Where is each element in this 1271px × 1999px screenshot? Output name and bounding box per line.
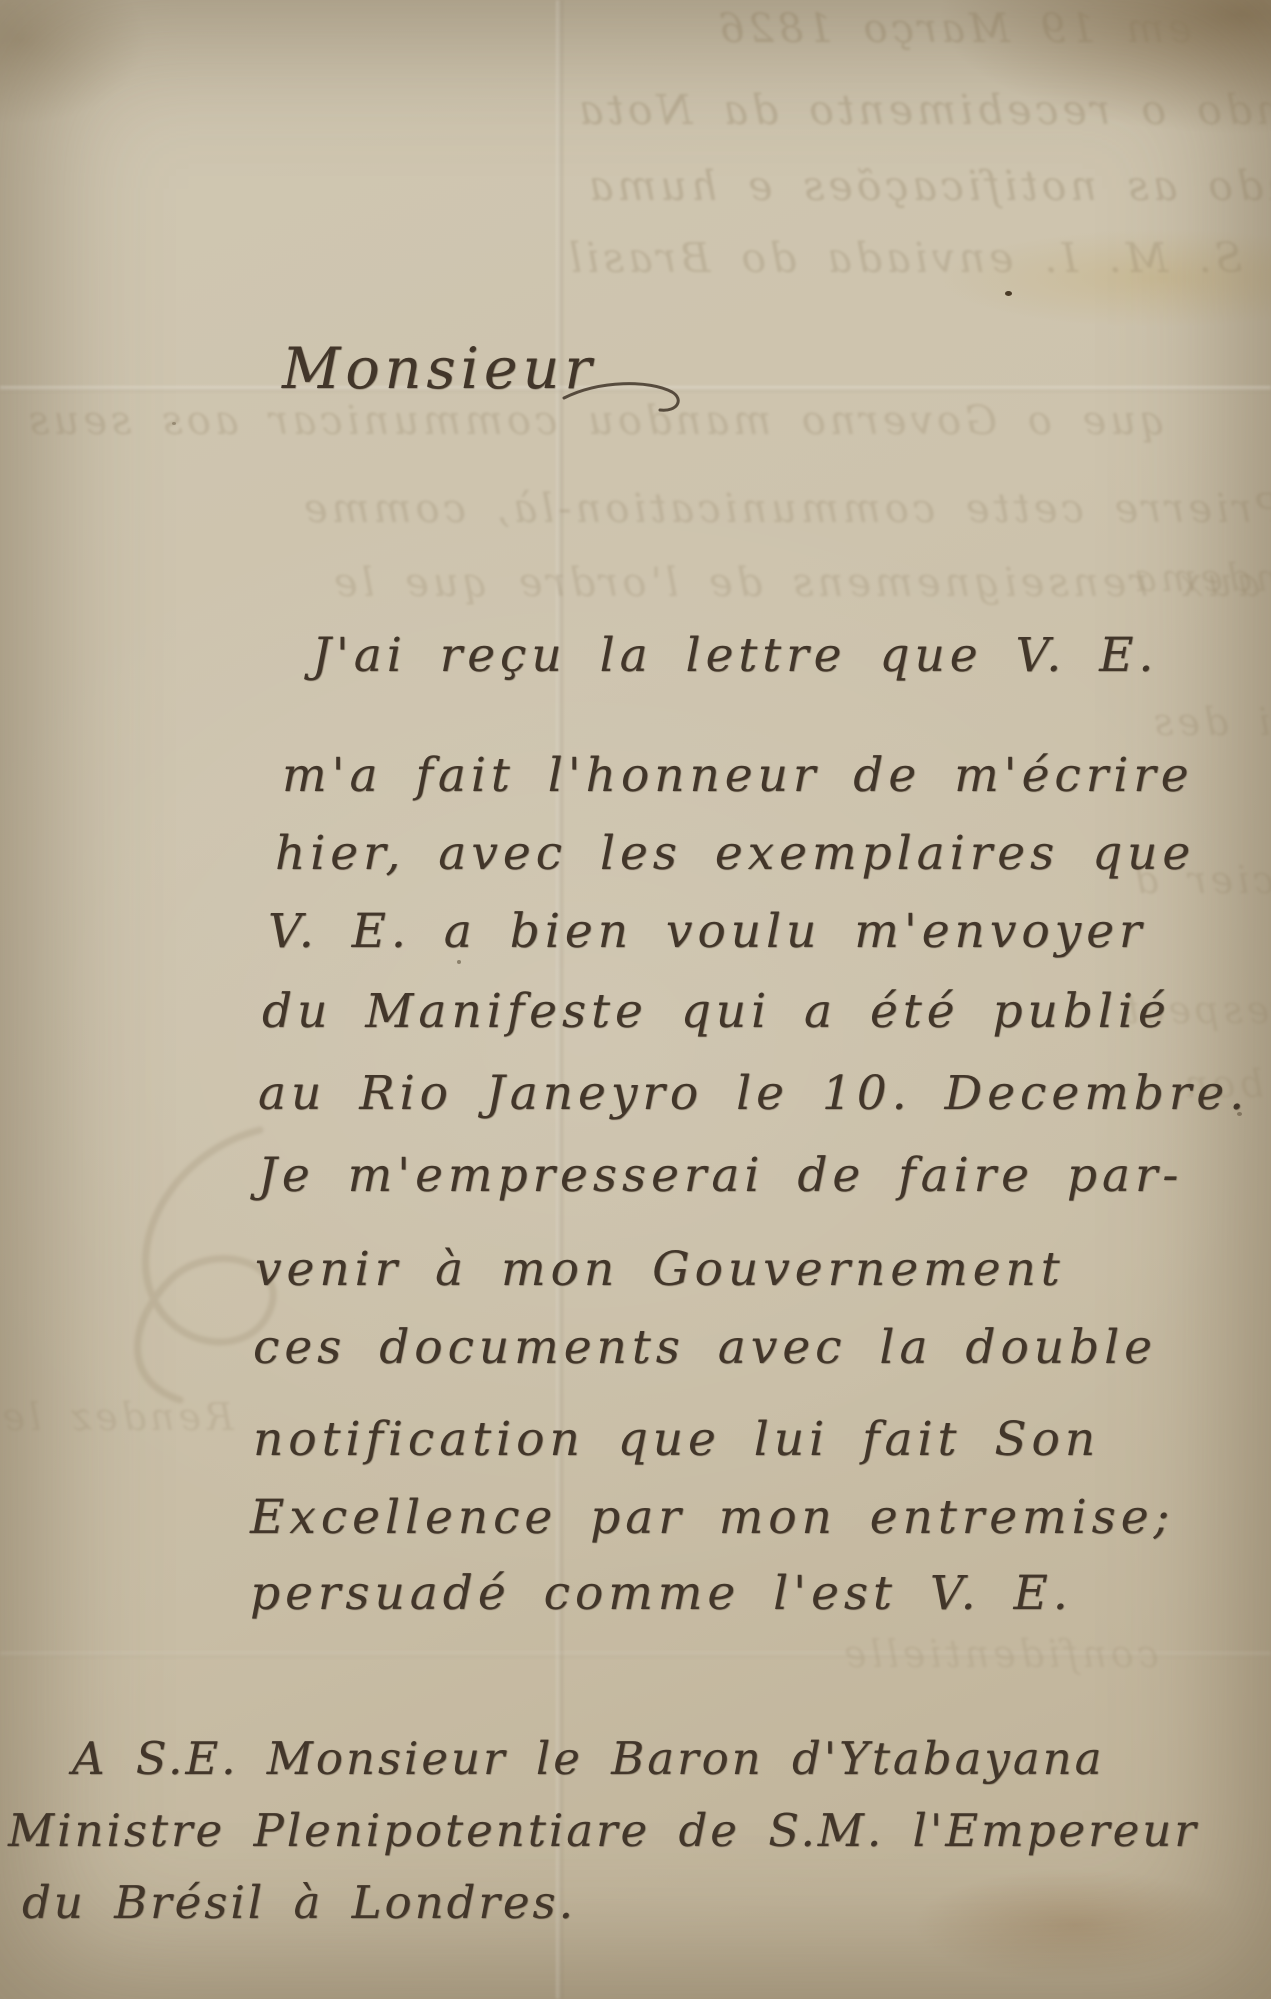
body-line: Je m'empresserai de faire par-: [258, 1148, 1183, 1203]
showthrough-line: carta de S. M. I. enviada do Brasil: [565, 234, 1271, 282]
showthrough-line: em 19 Março 1826: [715, 6, 1192, 52]
showthrough-fragment: confidentielle: [840, 1632, 1159, 1676]
address-line: du Brésil à Londres.: [22, 1876, 576, 1929]
body-line: notification que lui fait Son: [253, 1412, 1100, 1467]
ink-speck: [457, 960, 461, 964]
showthrough-line: aux renseignemens de l'ordre que le: [330, 560, 1260, 606]
showthrough-line: Prierre cette communication-là, comme: [300, 486, 1271, 532]
body-line: du Manifeste qui a été publié: [262, 984, 1171, 1039]
body-line: Excellence par mon entremise;: [250, 1490, 1174, 1545]
showthrough-line: accusando o recebimento da Nota: [575, 86, 1271, 134]
ink-speck: [1005, 291, 1012, 296]
body-line: ces documents avec la double: [253, 1320, 1157, 1375]
address-line: Ministre Plenipotentiare de S.M. l'Emper…: [8, 1804, 1199, 1857]
body-line: au Rio Janeyro le 10. Decembre.: [258, 1066, 1249, 1121]
letter-scan: em 19 Março 1826 accusando o recebimento…: [0, 0, 1271, 1999]
body-line: V. E. a bien voulu m'envoyer: [268, 904, 1147, 959]
body-line: persuadé comme l'est V. E.: [250, 1566, 1073, 1621]
salutation: Monsieur: [282, 336, 597, 402]
showthrough-line: participando as notificações e huma: [585, 162, 1271, 210]
showthrough-fragment: le lendema: [1130, 556, 1271, 600]
body-line: hier, avec les exemplaires que: [275, 826, 1195, 881]
body-line: venir à mon Gouvernement: [255, 1242, 1065, 1297]
body-line: m'a fait l'honneur de m'écrire: [282, 748, 1194, 803]
showthrough-fragment: J'ai des: [1150, 700, 1271, 744]
body-line: J'ai reçu la lettre que V. E.: [312, 628, 1158, 683]
salutation-flourish: [560, 378, 690, 418]
address-line: A S.E. Monsieur le Baron d'Ytabayana: [72, 1732, 1104, 1785]
